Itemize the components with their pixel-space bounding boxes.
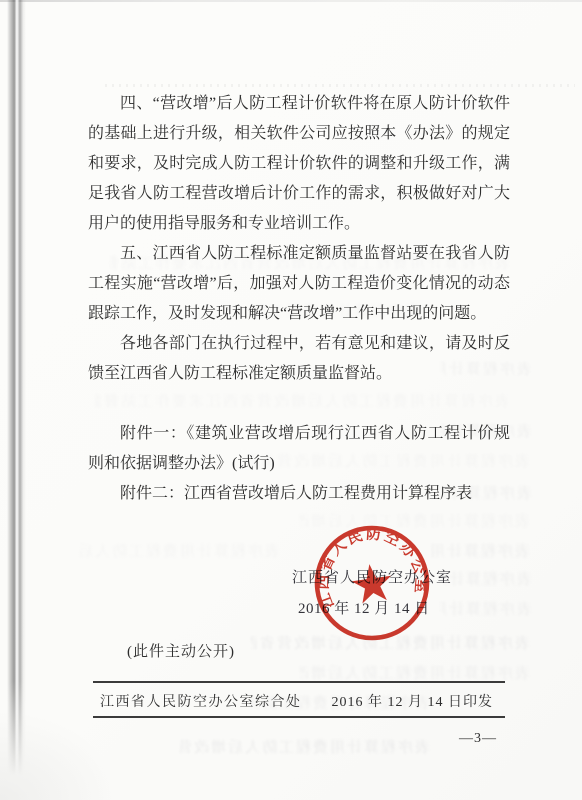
paragraph-feedback: 各地各部门在执行过程中，若有意见和建议，请及时反馈至江西省人防工程标准定额质量监… bbox=[88, 329, 510, 389]
footer-print-date: 2016 年 12 月 14 日印发 bbox=[332, 691, 494, 711]
paragraph-5: 五、江西省人防工程标准定额质量监督站要在我省人防工程实施“营改增”后，加强对人防… bbox=[88, 239, 510, 329]
paragraph-4: 四、“营改增”后人防工程计价软件将在原人防计价软件的基础上进行升级，相关软件公司… bbox=[88, 89, 510, 239]
document-body: 四、“营改增”后人防工程计价软件将在原人防计价软件的基础上进行升级，相关软件公司… bbox=[88, 89, 510, 509]
ghost-line: 表序程算计用费程工防人后增改营省西江求要作工站督监量质额定准标程工防人法办整调据… bbox=[430, 540, 530, 558]
scan-top-edge bbox=[0, 0, 582, 2]
ghost-line: 表序程算计用费程工防人后增改营省西江求要作工站督监量质额定准标程工防人法办整调据… bbox=[300, 510, 530, 528]
scan-corner-shadow bbox=[0, 710, 120, 800]
public-disclosure-note: (此件主动公开) bbox=[127, 640, 235, 661]
ghost-line: 表序程算计用费程工防人后增改营省西江求要作工站督监量质额定准标程工防人法办整调据… bbox=[80, 540, 280, 558]
footer-rule-bottom bbox=[93, 716, 505, 718]
scan-noise bbox=[105, 84, 575, 87]
attachment-1: 附件一：《建筑业营改增后现行江西省人防工程计价规则和依据调整办法》(试行) bbox=[88, 419, 510, 479]
ghost-line: 表序程算计用费程工防人后增改营省西江求要作工站督监量质额定准标程工防人法办整调据… bbox=[300, 662, 530, 680]
ghost-line: 表序程算计用费程工防人后增改营省西江求要作工站督监量质额定准标程工防人法办整调据… bbox=[180, 736, 430, 754]
attachment-2: 附件二：江西省营改增后人防工程费用计算程序表 bbox=[88, 479, 510, 509]
signature-date: 2016 年 12 月 14 日 bbox=[298, 597, 430, 618]
page-number: —3— bbox=[459, 731, 497, 747]
scan-left-edge bbox=[7, 0, 26, 792]
footer-rule-top bbox=[93, 681, 505, 683]
ghost-line: 表序程算计用费程工防人后增改营省西江求要作工站督监量质额定准标程工防人法办整调据… bbox=[440, 598, 532, 616]
signature-organization: 江西省人民防空办公室 bbox=[292, 566, 452, 587]
scanned-document-page: 表序程算计用费程工防人后增改营省西江求要作工站督监量质额定准标程工防人法办整调据… bbox=[0, 0, 582, 800]
footer-issuing-office: 江西省人民防空办公室综合处 bbox=[100, 691, 302, 711]
ghost-line: 表序程算计用费程工防人后增改营省西江求要作工站督监量质额定准标程工防人法办整调据… bbox=[440, 568, 532, 586]
ghost-line: 表序程算计用费程工防人后增改营省西江求要作工站督监量质额定准标程工防人法办整调据… bbox=[250, 632, 530, 650]
